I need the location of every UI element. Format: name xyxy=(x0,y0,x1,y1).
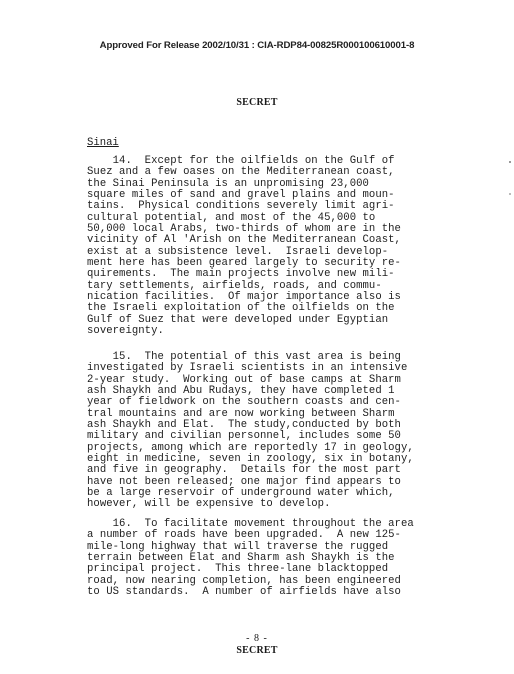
text-line: sovereignty. xyxy=(87,326,507,337)
section-heading: Sinai xyxy=(87,137,119,149)
paragraph-14: 14. Except for the oilfields on the Gulf… xyxy=(87,156,507,338)
classification-footer: SECRET xyxy=(0,645,514,656)
paragraph-16: 16. To facilitate movement throughout th… xyxy=(87,519,507,598)
classification-header: SECRET xyxy=(0,97,514,108)
scan-speck xyxy=(509,161,511,163)
text-line: however, will be expensive to develop. xyxy=(87,499,507,510)
text-line: to US standards. A number of airfields h… xyxy=(87,587,507,598)
text-line: Suez and a few oases on the Mediterranea… xyxy=(87,167,507,178)
paragraph-15: 15. The potential of this vast area is b… xyxy=(87,352,507,511)
text-line: investigated by Israeli scientists in an… xyxy=(87,363,507,374)
text-line: a number of roads have been upgraded. A … xyxy=(87,530,507,541)
scan-speck xyxy=(509,193,511,195)
page-number: - 8 - xyxy=(0,633,514,644)
release-stamp: Approved For Release 2002/10/31 : CIA-RD… xyxy=(0,40,514,51)
